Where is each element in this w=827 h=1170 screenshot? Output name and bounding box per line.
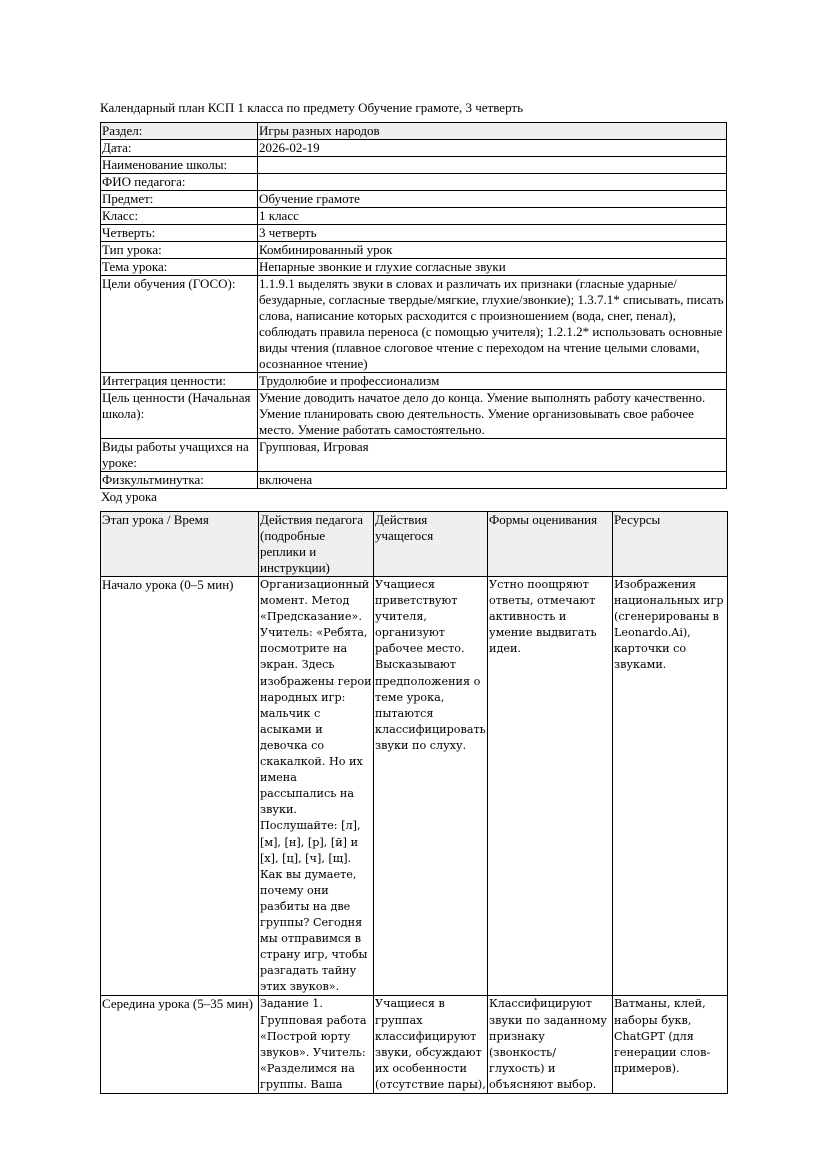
info-row: Класс:1 класс [101, 208, 727, 225]
info-label: Цель ценности (Начальная школа): [101, 390, 258, 439]
info-label: Виды работы учащихся на уроке: [101, 439, 258, 472]
header-stage: Этап урока / Время [101, 512, 259, 577]
info-value: 3 четверть [258, 225, 727, 242]
info-row: Цель ценности (Начальная школа):Умение д… [101, 390, 727, 439]
info-row: ФИО педагога: [101, 174, 727, 191]
info-value: Игры разных народов [258, 123, 727, 140]
info-value: 2026-02-19 [258, 140, 727, 157]
info-row: Физкультминутка:включена [101, 472, 727, 489]
info-row: Четверть:3 четверть [101, 225, 727, 242]
info-label: Класс: [101, 208, 258, 225]
info-value [258, 174, 727, 191]
info-row: Цели обучения (ГОСО):1.1.9.1 выделять зв… [101, 276, 727, 373]
info-label: Тип урока: [101, 242, 258, 259]
info-row: Предмет:Обучение грамоте [101, 191, 727, 208]
table-row: Середина урока (5–35 мин) Задание 1. Гру… [101, 996, 728, 1094]
info-row: Интеграция ценности:Трудолюбие и професс… [101, 373, 727, 390]
resources-cell: Ватманы, клей, наборы букв, ChatGPT (для… [613, 996, 728, 1094]
info-label: Четверть: [101, 225, 258, 242]
lesson-plan-table: Этап урока / Время Действия педагога (по… [100, 511, 728, 1094]
info-value: включена [258, 472, 727, 489]
plan-header-row: Этап урока / Время Действия педагога (по… [101, 512, 728, 577]
info-row: Виды работы учащихся на уроке:Групповая,… [101, 439, 727, 472]
stage-cell: Середина урока (5–35 мин) [101, 996, 259, 1094]
info-row: Раздел:Игры разных народов [101, 123, 727, 140]
info-value [258, 157, 727, 174]
document-page: Календарный план КСП 1 класса по предмет… [100, 100, 727, 1094]
resources-cell: Изображения национальных игр (сгенериров… [613, 577, 728, 996]
info-value: 1.1.9.1 выделять звуки в словах и различ… [258, 276, 727, 373]
header-teacher-actions: Действия педагога (подробные реплики и и… [259, 512, 374, 577]
info-value: Непарные звонкие и глухие согласные звук… [258, 259, 727, 276]
document-title: Календарный план КСП 1 класса по предмет… [100, 100, 727, 116]
stage-cell: Начало урока (0–5 мин) [101, 577, 259, 996]
info-label: Наименование школы: [101, 157, 258, 174]
info-label: Дата: [101, 140, 258, 157]
teacher-actions-cell: Организационный момент. Метод «Предсказа… [259, 577, 374, 996]
info-value: 1 класс [258, 208, 727, 225]
info-row: Тема урока:Непарные звонкие и глухие сог… [101, 259, 727, 276]
header-assessment: Формы оценивания [488, 512, 613, 577]
info-row: Тип урока:Комбинированный урок [101, 242, 727, 259]
lesson-info-table: Раздел:Игры разных народовДата:2026-02-1… [100, 122, 727, 489]
lesson-flow-heading: Ход урока [101, 489, 727, 505]
teacher-actions-cell: Задание 1. Групповая работа «Построй юрт… [259, 996, 374, 1094]
info-row: Наименование школы: [101, 157, 727, 174]
info-value: Обучение грамоте [258, 191, 727, 208]
info-label: Раздел: [101, 123, 258, 140]
assessment-cell: Классифицируют звуки по заданному призна… [488, 996, 613, 1094]
info-value: Умение доводить начатое дело до конца. У… [258, 390, 727, 439]
assessment-cell: Устно поощряют ответы, отмечают активнос… [488, 577, 613, 996]
info-label: ФИО педагога: [101, 174, 258, 191]
info-label: Цели обучения (ГОСО): [101, 276, 258, 373]
header-resources: Ресурсы [613, 512, 728, 577]
info-value: Групповая, Игровая [258, 439, 727, 472]
info-label: Интеграция ценности: [101, 373, 258, 390]
info-label: Тема урока: [101, 259, 258, 276]
info-row: Дата:2026-02-19 [101, 140, 727, 157]
info-value: Трудолюбие и профессионализм [258, 373, 727, 390]
student-actions-cell: Учащиеся в группах классифицируют звуки,… [374, 996, 488, 1094]
info-value: Комбинированный урок [258, 242, 727, 259]
info-label: Физкультминутка: [101, 472, 258, 489]
header-student-actions: Действия учащегося [374, 512, 488, 577]
info-label: Предмет: [101, 191, 258, 208]
table-row: Начало урока (0–5 мин) Организационный м… [101, 577, 728, 996]
student-actions-cell: Учащиеся приветствуют учителя, организую… [374, 577, 488, 996]
